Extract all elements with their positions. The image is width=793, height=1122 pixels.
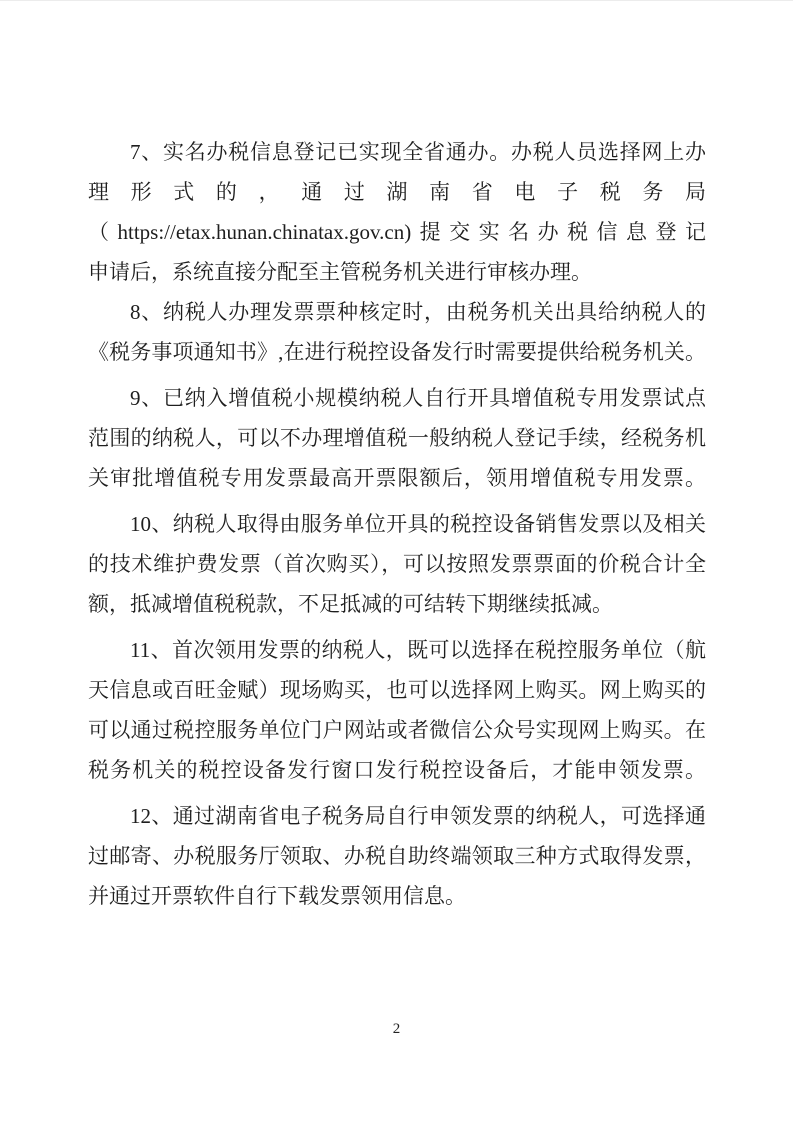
text-line: 12、通过湖南省电子税务局自行申领发票的纳税人，可选择通 xyxy=(88,796,706,836)
text-line: 范围的纳税人，可以不办理增值税一般纳税人登记手续，经税务机 xyxy=(88,418,706,458)
paragraph-item-8: 8、纳税人办理发票票种核定时，由税务机关出具给纳税人的 《税务事项通知书》,在进… xyxy=(88,292,706,372)
document-body: 7、实名办税信息登记已实现全省通办。办税人员选择网上办 理形式的，通过湖南省电子… xyxy=(88,132,706,916)
text-line: 10、纳税人取得由服务单位开具的税控设备销售发票以及相关 xyxy=(88,504,706,544)
text-line: 《税务事项通知书》,在进行税控设备发行时需要提供给税务机关。 xyxy=(88,332,706,372)
text-line: 过邮寄、办税服务厅领取、办税自助终端领取三种方式取得发票， xyxy=(88,836,706,876)
text-line: 可以通过税控服务单位门户网站或者微信公众号实现网上购买。在 xyxy=(88,710,706,750)
paragraph-item-7: 7、实名办税信息登记已实现全省通办。办税人员选择网上办 理形式的，通过湖南省电子… xyxy=(88,132,706,292)
paragraph-item-9: 9、已纳入增值税小规模纳税人自行开具增值税专用发票试点 范围的纳税人，可以不办理… xyxy=(88,378,706,498)
text-line: 额，抵减增值税税款，不足抵减的可结转下期继续抵减。 xyxy=(88,584,706,624)
paragraph-item-10: 10、纳税人取得由服务单位开具的税控设备销售发票以及相关 的技术维护费发票（首次… xyxy=(88,504,706,624)
paragraph-item-12: 12、通过湖南省电子税务局自行申领发票的纳税人，可选择通 过邮寄、办税服务厅领取… xyxy=(88,796,706,916)
text-line: 税务机关的税控设备发行窗口发行税控设备后，才能申领发票。 xyxy=(88,750,706,790)
text-line: 的技术维护费发票（首次购买），可以按照发票票面的价税合计全 xyxy=(88,544,706,584)
text-line: 9、已纳入增值税小规模纳税人自行开具增值税专用发票试点 xyxy=(88,378,706,418)
text-line: 8、纳税人办理发票票种核定时，由税务机关出具给纳税人的 xyxy=(88,292,706,332)
text-line: 理形式的，通过湖南省电子税务局 xyxy=(88,172,706,212)
text-line: 关审批增值税专用发票最高开票限额后，领用增值税专用发票。 xyxy=(88,458,706,498)
document-page: 7、实名办税信息登记已实现全省通办。办税人员选择网上办 理形式的，通过湖南省电子… xyxy=(0,0,793,1122)
text-line: 11、首次领用发票的纳税人，既可以选择在税控服务单位（航 xyxy=(88,630,706,670)
text-line: 并通过开票软件自行下载发票领用信息。 xyxy=(88,876,706,916)
text-line: 申请后，系统直接分配至主管税务机关进行审核办理。 xyxy=(88,252,706,292)
page-number: 2 xyxy=(0,1019,793,1039)
text-line: 7、实名办税信息登记已实现全省通办。办税人员选择网上办 xyxy=(88,132,706,172)
paragraph-item-11: 11、首次领用发票的纳税人，既可以选择在税控服务单位（航 天信息或百旺金赋）现场… xyxy=(88,630,706,790)
text-line-url: （https://etax.hunan.chinatax.gov.cn)提交实名… xyxy=(88,212,706,252)
text-line: 天信息或百旺金赋）现场购买，也可以选择网上购买。网上购买的 xyxy=(88,670,706,710)
